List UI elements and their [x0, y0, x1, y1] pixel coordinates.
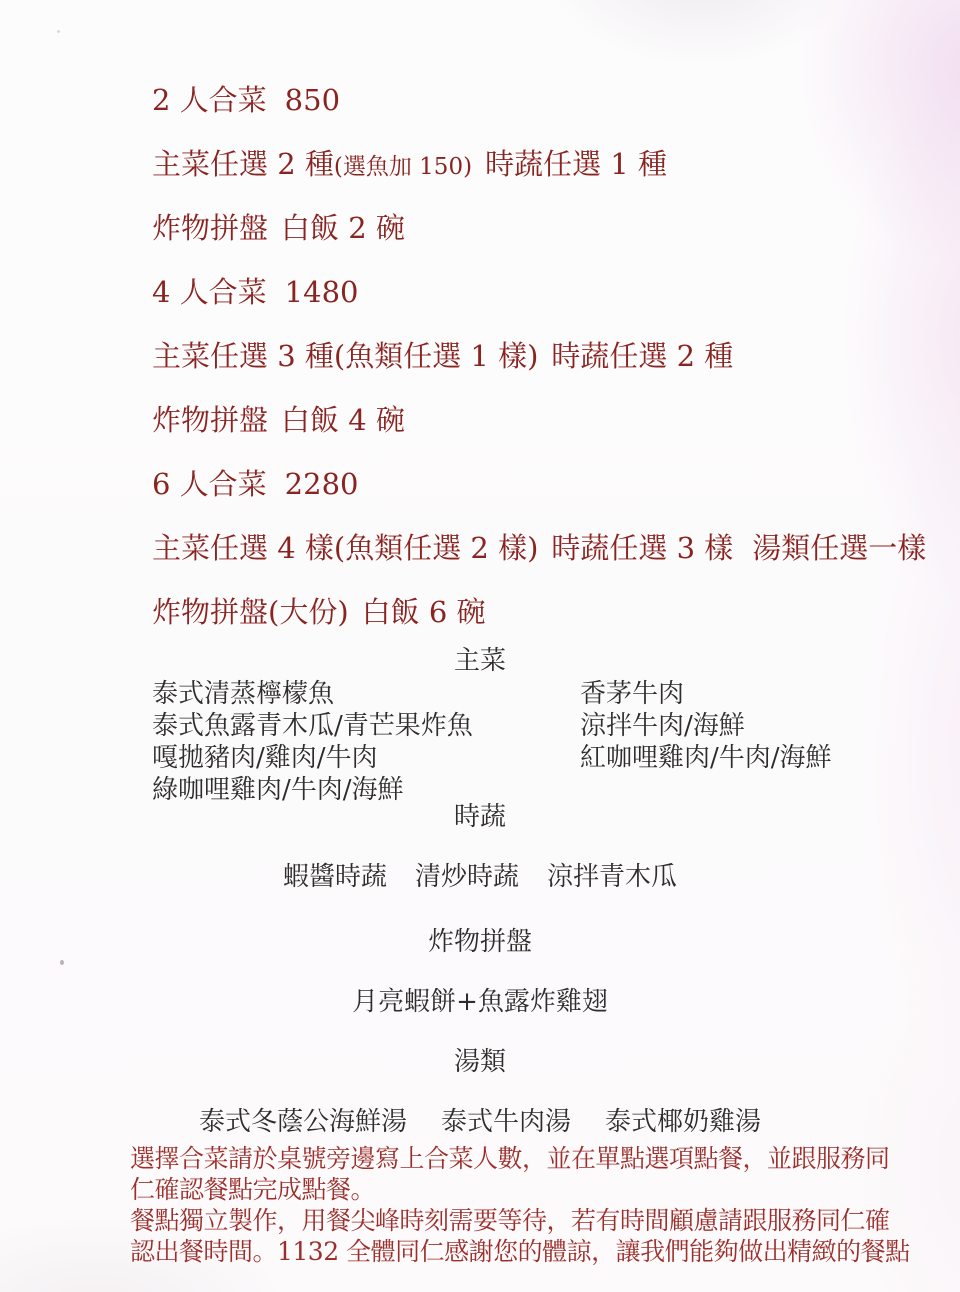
- combo-4-veg: 時蔬任選 2 種: [551, 339, 733, 373]
- menu-item: 月亮蝦餅+魚露炸雞翅: [352, 987, 608, 1017]
- combo-6-fried: 炸物拼盤(大份): [152, 595, 349, 629]
- combo-4-rice: 白飯 4 碗: [281, 403, 405, 437]
- combo-6-mains: 主菜任選 4 樣(魚類任選 2 樣): [152, 531, 538, 565]
- menu-item: 清炒時蔬: [415, 862, 519, 892]
- combo-2-header: 2 人合菜850: [152, 68, 960, 132]
- footer-note-line: 選擇合菜請於桌號旁邊寫上合菜人數，並在單點選項點餐，並跟服務同: [130, 1143, 960, 1174]
- combo-4-mains: 主菜任選 3 種(魚類任選 1 樣): [152, 339, 538, 373]
- menu-item: 泰式清蒸檸檬魚: [152, 678, 580, 710]
- menu-item: 香茅牛肉: [580, 678, 832, 710]
- combo-2-veg: 時蔬任選 1 種: [485, 147, 667, 181]
- combo-2-sides: 炸物拼盤白飯 2 碗: [152, 196, 960, 260]
- footer-note-line: 餐點獨立製作，用餐尖峰時刻需要等待，若有時間顧慮請跟服務同仁確: [130, 1205, 960, 1236]
- menu-item: 涼拌牛肉/海鮮: [580, 710, 832, 742]
- footer-note-line: 認出餐時間。1132 全體同仁感謝您的體諒，讓我們能夠做出精緻的餐點: [130, 1236, 960, 1267]
- combo-4-sides: 炸物拼盤白飯 4 碗: [152, 388, 960, 452]
- menu-item: 泰式牛肉湯: [441, 1107, 571, 1137]
- soup-item-row: 泰式冬蔭公海鮮湯泰式牛肉湯泰式椰奶雞湯: [0, 1107, 960, 1137]
- menu-item: 涼拌青木瓜: [547, 862, 677, 892]
- menu-item: 綠咖哩雞肉/牛肉/海鮮: [152, 774, 580, 806]
- footer-notice: 選擇合菜請於桌號旁邊寫上合菜人數，並在單點選項點餐，並跟服務同 仁確認餐點完成點…: [0, 1143, 960, 1267]
- mains-section-heading: 主菜: [0, 646, 960, 676]
- scan-speck: [60, 960, 64, 965]
- mains-right-column: 香茅牛肉 涼拌牛肉/海鮮 紅咖哩雞肉/牛肉/海鮮: [580, 678, 832, 806]
- combo-6-contents: 主菜任選 4 樣(魚類任選 2 樣)時蔬任選 3 樣湯類任選一樣: [152, 516, 960, 580]
- fried-item-row: 月亮蝦餅+魚露炸雞翅: [0, 987, 960, 1017]
- combo-6-price: 2280: [285, 467, 359, 501]
- combo-2-rice: 白飯 2 碗: [281, 211, 405, 245]
- combo-2-name: 2 人合菜: [152, 83, 267, 117]
- footer-note-line: 仁確認餐點完成點餐。: [130, 1174, 960, 1205]
- combo-6-rice: 白飯 6 碗: [362, 595, 486, 629]
- menu-item: 泰式椰奶雞湯: [605, 1107, 761, 1137]
- menu-item: 紅咖哩雞肉/牛肉/海鮮: [580, 742, 832, 774]
- combo-2-fish-surcharge-note: (選魚加 150): [334, 154, 472, 180]
- combo-2-fried: 炸物拼盤: [152, 211, 268, 245]
- combo-6-soup: 湯類任選一樣: [752, 531, 926, 565]
- combo-2-price: 850: [285, 83, 340, 117]
- combo-6-header: 6 人合菜2280: [152, 452, 960, 516]
- combo-4-header: 4 人合菜1480: [152, 260, 960, 324]
- fried-section-heading: 炸物拼盤: [0, 927, 960, 957]
- combo-2-mains: 主菜任選 2 種: [152, 147, 334, 181]
- mains-left-column: 泰式清蒸檸檬魚 泰式魚露青木瓜/青芒果炸魚 嘎拋豬肉/雞肉/牛肉 綠咖哩雞肉/牛…: [152, 678, 580, 806]
- combo-4-name: 4 人合菜: [152, 275, 267, 309]
- combo-6-name: 6 人合菜: [152, 467, 267, 501]
- combo-2-contents: 主菜任選 2 種(選魚加 150)時蔬任選 1 種: [152, 132, 960, 196]
- menu-item: 蝦醬時蔬: [283, 862, 387, 892]
- menu-item: 嘎拋豬肉/雞肉/牛肉: [152, 742, 580, 774]
- combo-6-sides: 炸物拼盤(大份)白飯 6 碗: [152, 580, 960, 644]
- scan-speck: [57, 30, 60, 33]
- combo-4-contents: 主菜任選 3 種(魚類任選 1 樣)時蔬任選 2 種: [152, 324, 960, 388]
- combo-4-price: 1480: [285, 275, 359, 309]
- menu-item: 泰式冬蔭公海鮮湯: [199, 1107, 407, 1137]
- menu-item: 泰式魚露青木瓜/青芒果炸魚: [152, 710, 580, 742]
- combo-sets-section: 2 人合菜850 主菜任選 2 種(選魚加 150)時蔬任選 1 種 炸物拼盤白…: [0, 0, 960, 644]
- mains-item-columns: 泰式清蒸檸檬魚 泰式魚露青木瓜/青芒果炸魚 嘎拋豬肉/雞肉/牛肉 綠咖哩雞肉/牛…: [0, 678, 960, 806]
- soup-section-heading: 湯類: [0, 1047, 960, 1077]
- veg-item-row: 蝦醬時蔬清炒時蔬涼拌青木瓜: [0, 862, 960, 892]
- veg-section-heading: 時蔬: [0, 802, 960, 832]
- combo-4-fried: 炸物拼盤: [152, 403, 268, 437]
- menu-page: 2 人合菜850 主菜任選 2 種(選魚加 150)時蔬任選 1 種 炸物拼盤白…: [0, 0, 960, 1292]
- combo-6-veg: 時蔬任選 3 樣: [551, 531, 733, 565]
